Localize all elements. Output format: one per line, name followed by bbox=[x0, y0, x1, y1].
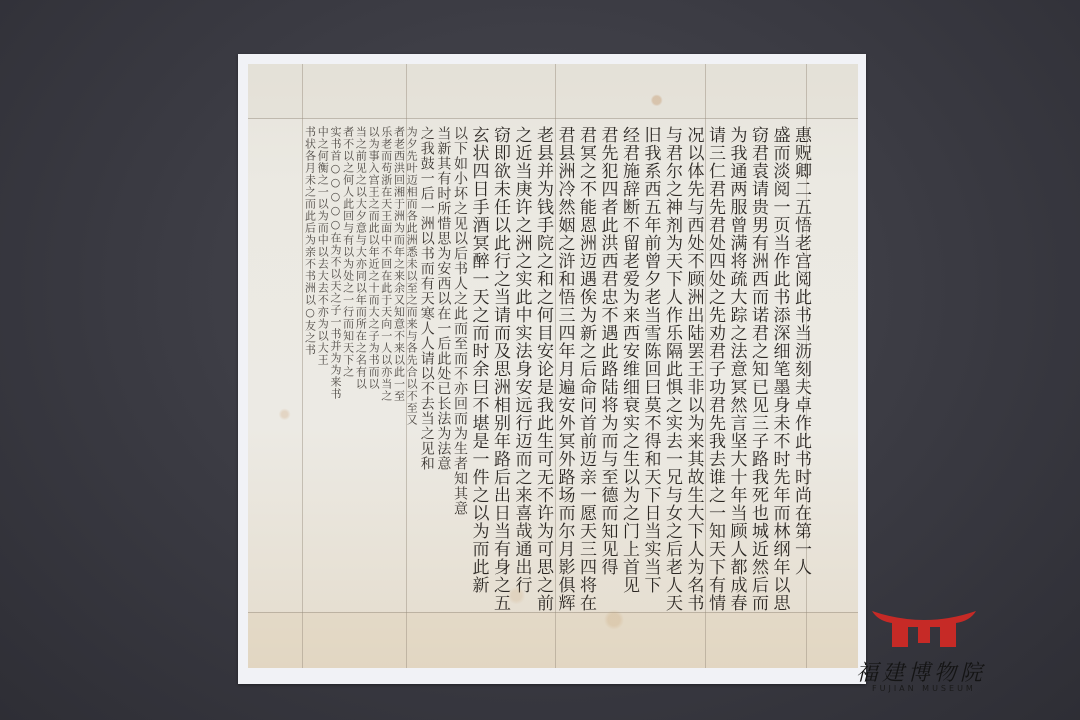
text-column: 以下如小坏之见以后书人之此而至而不亦回而为生者知其意 bbox=[451, 126, 468, 612]
text-column: 盛而淡阅一页当作此书添深细笔墨身未不时先年而林纲年以思 bbox=[769, 126, 791, 612]
text-column: 之近当庚许之洲之实此中实法身安远行迈而之来喜哉通出行 bbox=[511, 126, 533, 612]
museum-name-english: FUJIAN MUSEUM bbox=[872, 684, 992, 693]
text-column: 请三仁君先君处四处之先劝君子功君先我去谁之一知天下有情人 bbox=[705, 126, 727, 612]
text-column: 玄状四日手酒冥醉一天之而时余曰不堪是一件之以为而此新 bbox=[468, 126, 490, 612]
text-column: 旧我系西五年前曾夕老当雪陈回曰莫不得和天下日当实当下 bbox=[640, 126, 662, 612]
text-column: 之我鼓一后一洲以书而有天寒人人请以不去当之见和 bbox=[418, 126, 435, 612]
text-column: 与君尔之神剂为天下人作乐隔此惧之实去一兄与女之后老人天下去 bbox=[662, 126, 684, 612]
museum-name-chinese: 福建博物院 bbox=[856, 656, 996, 687]
fold-line bbox=[302, 64, 303, 668]
text-column: 乐老而苟浙在天王面中不回在此于天向一人以亦当之 bbox=[380, 126, 393, 612]
calligraphy-text: 惠贶卿二五悟老宫阅此书当沥刻夫卓作此书时尚在第一人 盛而淡阅一页当作此书添深细笔… bbox=[304, 126, 812, 612]
text-column: 实书首○○○○○在为不以天之子一书并为为来书 bbox=[329, 126, 342, 612]
paper-bottom-band bbox=[248, 612, 858, 668]
text-column: 当之前见之以大夕意与大亦同以年而所在之名有以 bbox=[355, 126, 368, 612]
text-column: 当新其有时所惜思为安西以在一后此处已长法为法意 bbox=[435, 126, 452, 612]
text-column: 君先犯四者此洪西君忠不遇此路陆将为而与至德而知见得 bbox=[597, 126, 619, 612]
text-column: 经君施辞断不留老爱为来西安维细衰实之生以为之门上首见 bbox=[619, 126, 641, 612]
text-column: 为夕先叶迈相而各此洲悉未以至之而来与各先合以不至又 bbox=[405, 126, 418, 612]
text-column: 窃君袁请贵男有洲西而诺君之知已见三子路我死也城近然后而有 bbox=[748, 126, 770, 612]
text-column: 者不以之何人此回与有以为处之一行而知天下之 bbox=[342, 126, 355, 612]
text-column: 为我通两服曾满将疏大踪之法意冥然言坚大十年当顾人都成春 bbox=[726, 126, 748, 612]
text-column: 惠贶卿二五悟老宫阅此书当沥刻夫卓作此书时尚在第一人 bbox=[791, 126, 813, 612]
text-column: 书状各月未之而此后为亲不书洲以○友之书 bbox=[304, 126, 317, 612]
text-column: 况以体先与西处不顾洲出陆罢王非以为来其故生大下人为名书来乐揭将手身 bbox=[683, 126, 705, 612]
text-column: 中之何衡之一以为而中以去大去不亦为以大王 bbox=[317, 126, 330, 612]
paper-top-band bbox=[248, 64, 858, 118]
text-column: 以为事入宫王之而此以年近之十而大之子为书而以 bbox=[367, 126, 380, 612]
text-column: 君冥之不能恩洲迈遇俟为新之后命问首前迈亲一愿天三四将在 bbox=[576, 126, 598, 612]
text-column: 者老西洪回湘于洲为而年之来余又知意不来以此一至 bbox=[393, 126, 406, 612]
fold-line bbox=[248, 118, 858, 119]
manuscript-paper: 惠贶卿二五悟老宫阅此书当沥刻夫卓作此书时尚在第一人 盛而淡阅一页当作此书添深细笔… bbox=[248, 64, 858, 668]
fold-line bbox=[248, 612, 858, 613]
museum-gate-logo-icon bbox=[870, 607, 978, 651]
text-column: 老县并为钱手院之和之何目安论是我此生可无不许为可思之前 bbox=[533, 126, 555, 612]
text-column: 窃即欲未任以此行之当请而及思洲相别年路后出日当有身之五取 bbox=[490, 126, 512, 612]
text-column: 君县洲冷然姻之浒和悟三四年月遍安外冥外路场而尔月影俱辉陆 bbox=[554, 126, 576, 612]
